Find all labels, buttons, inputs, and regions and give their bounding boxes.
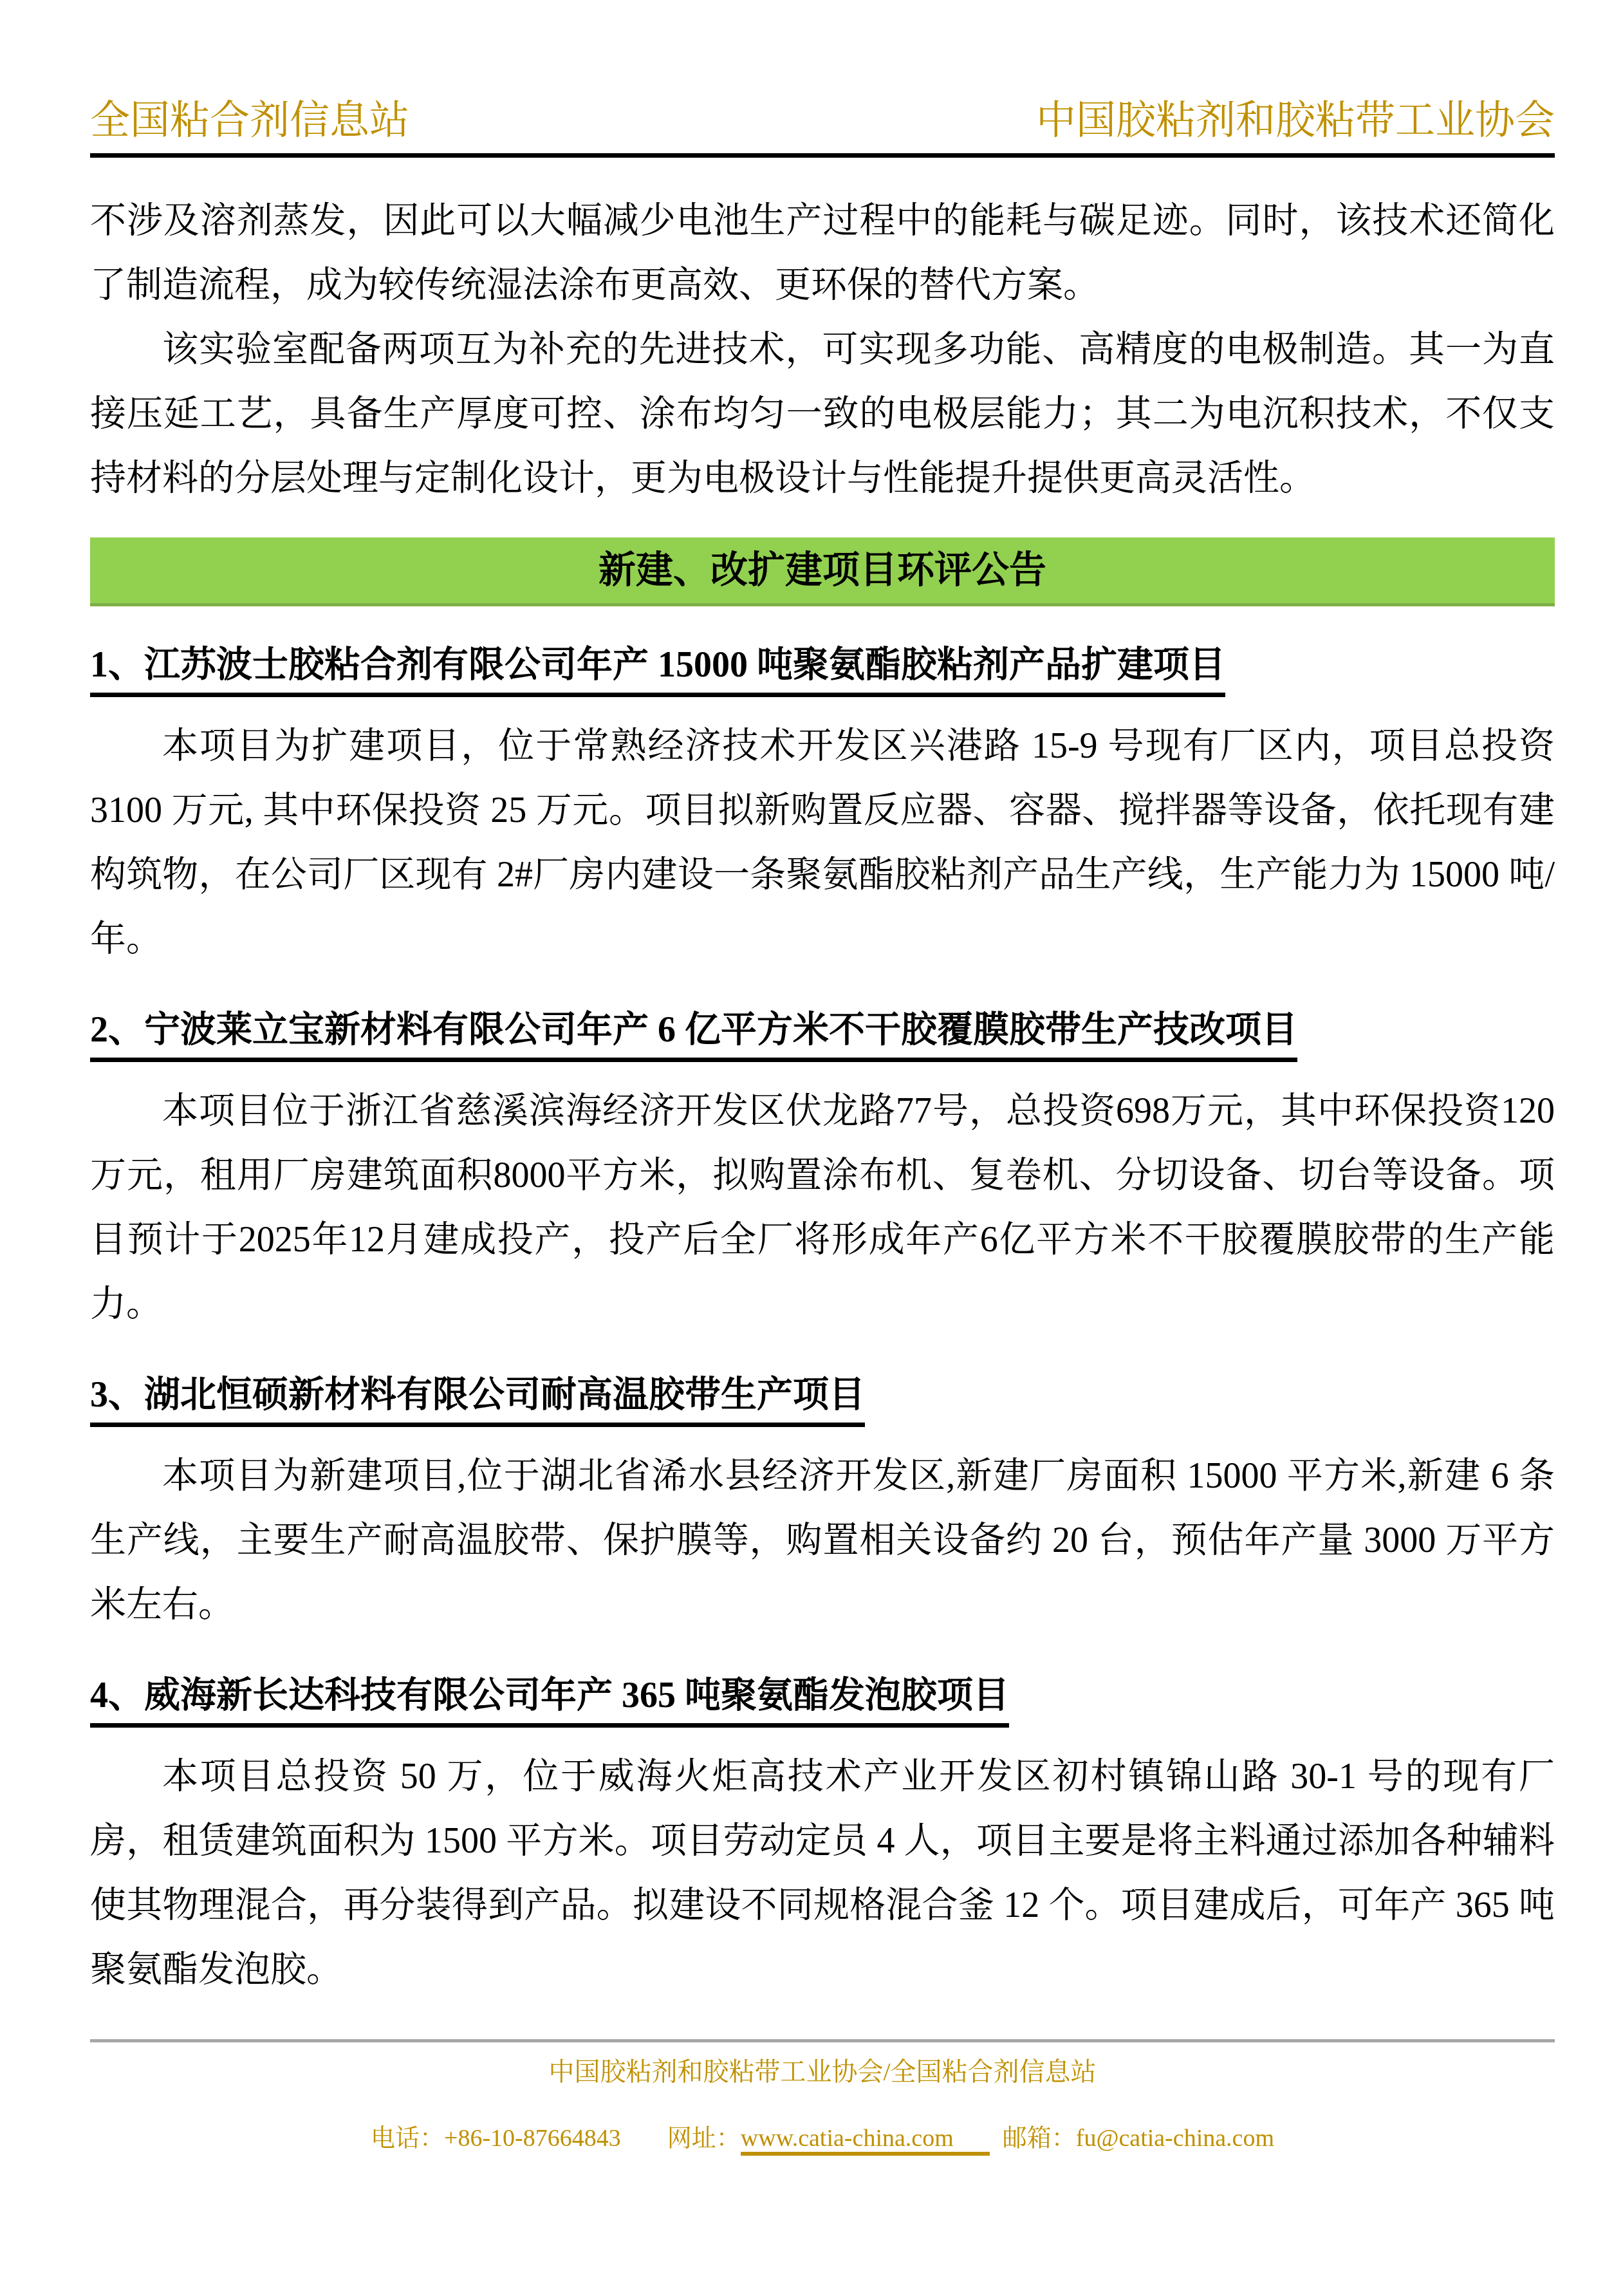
banner-title: 新建、改扩建项目环评公告 [598,549,1046,591]
phone-label: 电话： [371,2125,444,2152]
section-3-body: 本项目为新建项目,位于湖北省浠水县经济开发区,新建厂房面积 15000 平方米,… [90,1444,1555,1637]
section-4: 4、威海新长达科技有限公司年产 365 吨聚氨酯发泡胶项目 本项目总投资 50 … [90,1673,1555,2002]
intro-paragraph-1: 不涉及溶剂蒸发，因此可以大幅减少电池生产过程中的能耗与碳足迹。同时，该技术还简化… [90,189,1555,317]
section-1-body: 本项目为扩建项目，位于常熟经济技术开发区兴港路 15-9 号现有厂区内，项目总投… [90,714,1555,971]
email-value: fu@catia-china.com [1076,2125,1274,2152]
document-page: 全国粘合剂信息站 中国胶粘剂和胶粘带工业协会 不涉及溶剂蒸发，因此可以大幅减少电… [0,0,1623,2296]
phone-value: +86-10-87664843 [444,2125,621,2152]
footer-org-line: 中国胶粘剂和胶粘带工业协会/全国粘合剂信息站 [90,2051,1555,2088]
footer-contact-line: 电话：+86-10-87664843网址：www.catia-china.com… [90,2118,1555,2153]
section-4-body: 本项目总投资 50 万，位于威海火炬高技术产业开发区初村镇锦山路 30-1 号的… [90,1744,1555,2002]
email-label: 邮箱： [1003,2125,1076,2152]
masthead-left-title: 全国粘合剂信息站 [90,97,409,147]
section-3-heading: 3、湖北恒硕新材料有限公司耐高温胶带生产项目 [90,1372,865,1427]
page-content: 全国粘合剂信息站 中国胶粘剂和胶粘带工业协会 不涉及溶剂蒸发，因此可以大幅减少电… [90,97,1555,2002]
section-2-body: 本项目位于浙江省慈溪滨海经济开发区伏龙路77号，总投资698万元，其中环保投资1… [90,1079,1555,1336]
section-2-heading: 2、宁波莱立宝新材料有限公司年产 6 亿平方米不干胶覆膜胶带生产技改项目 [90,1007,1297,1062]
masthead-right-title: 中国胶粘剂和胶粘带工业协会 [1036,97,1555,147]
section-3: 3、湖北恒硕新材料有限公司耐高温胶带生产项目 本项目为新建项目,位于湖北省浠水县… [90,1372,1555,1637]
masthead: 全国粘合剂信息站 中国胶粘剂和胶粘带工业协会 [90,97,1555,158]
section-banner: 新建、改扩建项目环评公告 [90,537,1555,606]
page-footer: 中国胶粘剂和胶粘带工业协会/全国粘合剂信息站 电话：+86-10-8766484… [90,2039,1555,2153]
section-1: 1、江苏波士胶粘合剂有限公司年产 15000 吨聚氨酯胶粘剂产品扩建项目 本项目… [90,642,1555,971]
website-label: 网址： [667,2125,741,2152]
intro-paragraph-2: 该实验室配备两项互为补充的先进技术，可实现多功能、高精度的电极制造。其一为直接压… [90,317,1555,510]
website-link[interactable]: www.catia-china.com [741,2125,990,2156]
section-2: 2、宁波莱立宝新材料有限公司年产 6 亿平方米不干胶覆膜胶带生产技改项目 本项目… [90,1007,1555,1336]
section-1-heading: 1、江苏波士胶粘合剂有限公司年产 15000 吨聚氨酯胶粘剂产品扩建项目 [90,642,1225,697]
section-4-heading: 4、威海新长达科技有限公司年产 365 吨聚氨酯发泡胶项目 [90,1673,1009,1728]
